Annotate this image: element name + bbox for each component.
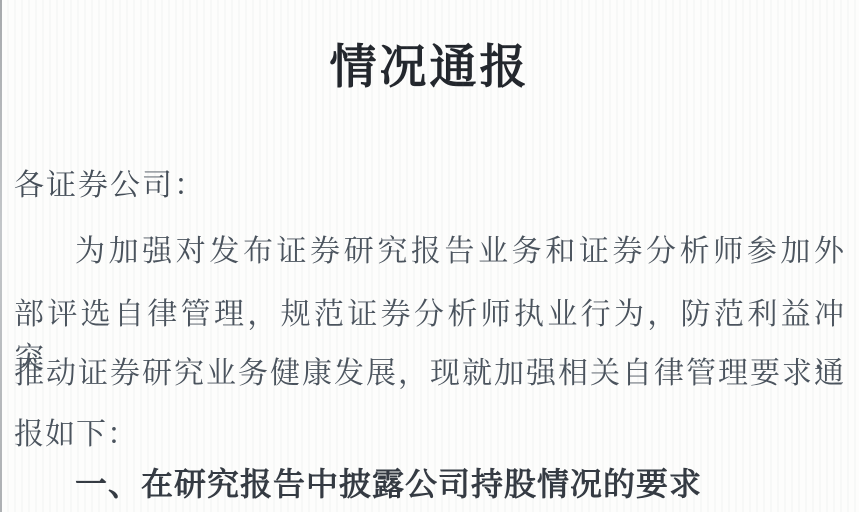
salutation-line: 各证券公司： (14, 160, 206, 204)
paragraph-line-3: 推动证券研究业务健康发展，现就加强相关自律管理要求通 (14, 348, 845, 392)
section-heading: 一、在研究报告中披露公司持股情况的要求 (75, 459, 702, 505)
document-page: 情况通报 各证券公司： 为加强对发布证券研究报告业务和证券分析师参加外 部评选自… (0, 0, 859, 512)
paragraph-line-4: 报如下： (14, 409, 845, 453)
document-title: 情况通报 (0, 30, 859, 97)
paragraph-line-1: 为加强对发布证券研究报告业务和证券分析师参加外 (14, 226, 845, 270)
